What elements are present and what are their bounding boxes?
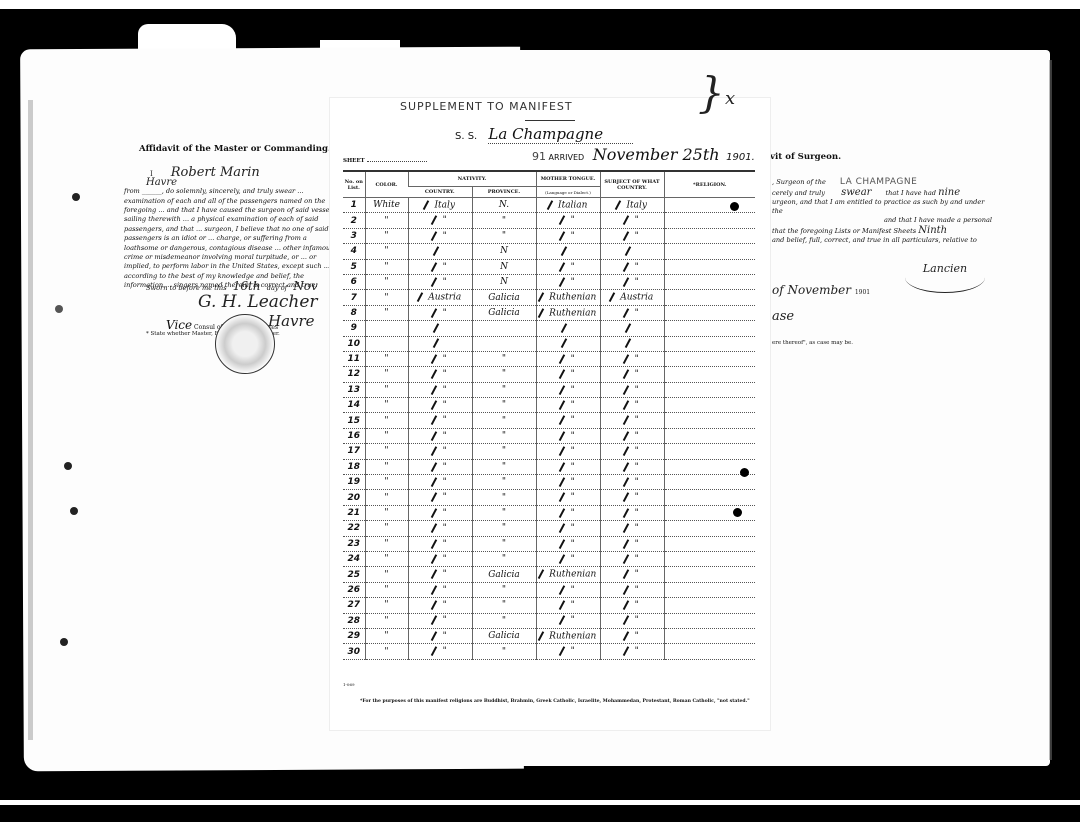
binding-hole-icon bbox=[64, 462, 72, 470]
cell-country: " bbox=[408, 644, 472, 659]
col-subject-of: SUBJECT OF WHAT COUNTRY. bbox=[600, 171, 664, 198]
manifest-table: No. on List. COLOR. NATIVITY. MOTHER TON… bbox=[343, 170, 755, 660]
cell-country bbox=[408, 321, 472, 336]
col-nativity: NATIVITY. bbox=[408, 171, 536, 187]
cell-religion bbox=[664, 367, 755, 382]
cell-country: " bbox=[408, 413, 472, 428]
cell-country: Italy bbox=[408, 198, 472, 213]
cell-religion bbox=[664, 274, 755, 289]
cell-religion bbox=[664, 490, 755, 505]
cell-subject: " bbox=[600, 367, 664, 382]
check-tick-icon bbox=[431, 523, 437, 533]
check-tick-icon bbox=[559, 523, 565, 533]
consular-seal-icon bbox=[215, 314, 275, 374]
check-tick-icon bbox=[559, 400, 565, 410]
table-row: 20""""" bbox=[343, 490, 755, 505]
check-tick-icon bbox=[623, 493, 629, 503]
cell-tongue: " bbox=[536, 551, 600, 566]
table-row: 2""""" bbox=[343, 213, 755, 228]
check-tick-icon bbox=[431, 231, 437, 241]
cell-subject: " bbox=[600, 521, 664, 536]
cell-subject: " bbox=[600, 598, 664, 613]
cell-tongue: " bbox=[536, 613, 600, 628]
check-tick-icon bbox=[431, 308, 437, 318]
cell-province: N bbox=[472, 274, 536, 289]
check-tick-icon bbox=[623, 308, 629, 318]
cell-religion bbox=[664, 598, 755, 613]
cell-subject: " bbox=[600, 613, 664, 628]
cell-religion bbox=[664, 428, 755, 443]
check-tick-icon bbox=[431, 277, 437, 287]
check-tick-icon bbox=[623, 539, 629, 549]
check-tick-icon bbox=[559, 462, 565, 472]
cell-subject: Austria bbox=[600, 290, 664, 305]
check-tick-icon bbox=[623, 585, 629, 595]
check-tick-icon bbox=[623, 462, 629, 472]
cell-country: " bbox=[408, 490, 472, 505]
cell-country: " bbox=[408, 351, 472, 366]
check-tick-icon bbox=[559, 369, 565, 379]
cell-subject: " bbox=[600, 536, 664, 551]
check-tick-icon bbox=[623, 431, 629, 441]
cell-color: " bbox=[365, 613, 408, 628]
sworn-line: Sworn to before me this 16th day of Nov bbox=[146, 279, 318, 293]
cell-tongue: Italian bbox=[536, 198, 600, 213]
cell-subject: " bbox=[600, 567, 664, 582]
divider bbox=[525, 120, 575, 121]
check-tick-icon bbox=[623, 416, 629, 426]
check-tick-icon bbox=[431, 462, 437, 472]
cell-tongue: " bbox=[536, 521, 600, 536]
cell-religion bbox=[664, 413, 755, 428]
cell-tongue: " bbox=[536, 490, 600, 505]
cell-tongue: " bbox=[536, 398, 600, 413]
cell-tongue: " bbox=[536, 259, 600, 274]
cell-religion bbox=[664, 259, 755, 274]
cell-province: " bbox=[472, 536, 536, 551]
scan-border-bottom bbox=[0, 800, 1080, 805]
cell-subject: " bbox=[600, 582, 664, 597]
cell-color: " bbox=[365, 582, 408, 597]
cell-religion bbox=[664, 213, 755, 228]
check-tick-icon bbox=[431, 585, 437, 595]
cell-province: " bbox=[472, 382, 536, 397]
check-tick-icon bbox=[559, 539, 565, 549]
cell-tongue: " bbox=[536, 274, 600, 289]
cell-province: Galicia bbox=[472, 305, 536, 320]
page-edge-right bbox=[1049, 60, 1052, 760]
table-row: 6""N"" bbox=[343, 274, 755, 289]
table-row: 21""""" bbox=[343, 505, 755, 520]
cell-country: " bbox=[408, 598, 472, 613]
cell-province: N bbox=[472, 259, 536, 274]
ship-stamp: LA CHAMPAGNE bbox=[840, 177, 917, 187]
cell-country: " bbox=[408, 213, 472, 228]
check-tick-icon bbox=[625, 339, 631, 349]
cell-subject: " bbox=[600, 490, 664, 505]
check-tick-icon bbox=[623, 231, 629, 241]
surgeon-affidavit-title: vit of Surgeon. bbox=[770, 153, 992, 162]
table-row: 18""""" bbox=[343, 459, 755, 474]
table-row: 8""GaliciaRuthenian" bbox=[343, 305, 755, 320]
check-tick-icon bbox=[623, 446, 629, 456]
cell-religion bbox=[664, 582, 755, 597]
check-tick-icon bbox=[559, 216, 565, 226]
cell-country bbox=[408, 336, 472, 351]
cell-religion bbox=[664, 336, 755, 351]
cell-no: 12 bbox=[343, 367, 365, 382]
cell-country: " bbox=[408, 567, 472, 582]
check-tick-icon bbox=[623, 477, 629, 487]
check-tick-icon bbox=[623, 554, 629, 564]
cell-no: 16 bbox=[343, 428, 365, 443]
cell-color: " bbox=[365, 305, 408, 320]
check-tick-icon bbox=[623, 631, 629, 641]
table-row: 27""""" bbox=[343, 598, 755, 613]
table-row: 7"AustriaGaliciaRuthenianAustria bbox=[343, 290, 755, 305]
table-row: 14""""" bbox=[343, 398, 755, 413]
cell-tongue: Ruthenian bbox=[536, 628, 600, 643]
check-tick-icon bbox=[623, 262, 629, 272]
check-tick-icon bbox=[623, 354, 629, 364]
cell-no: 19 bbox=[343, 475, 365, 490]
cell-province: " bbox=[472, 398, 536, 413]
cell-country: " bbox=[408, 444, 472, 459]
surgeon-affidavit: vit of Surgeon. , Surgeon of theLA CHAMP… bbox=[772, 153, 992, 245]
cell-color: " bbox=[365, 367, 408, 382]
cell-no: 10 bbox=[343, 336, 365, 351]
cell-subject: " bbox=[600, 644, 664, 659]
table-row: 13""""" bbox=[343, 382, 755, 397]
cell-color: " bbox=[365, 213, 408, 228]
cell-province: Galicia bbox=[472, 290, 536, 305]
cell-no: 22 bbox=[343, 521, 365, 536]
check-tick-icon bbox=[559, 431, 565, 441]
cell-subject: " bbox=[600, 351, 664, 366]
cell-color: " bbox=[365, 382, 408, 397]
cell-province: " bbox=[472, 444, 536, 459]
margin-mark: x bbox=[725, 88, 735, 109]
manifest-sheet: SUPPLEMENT TO MANIFEST } x S. S. La Cham… bbox=[330, 98, 770, 730]
table-row: 15""""" bbox=[343, 413, 755, 428]
cell-country bbox=[408, 244, 472, 259]
cell-country: " bbox=[408, 475, 472, 490]
cell-religion bbox=[664, 567, 755, 582]
cell-country: " bbox=[408, 505, 472, 520]
consul-signature: G. H. Leacher bbox=[198, 292, 318, 312]
cell-color: " bbox=[365, 490, 408, 505]
master-name: Robert Marin bbox=[171, 165, 260, 180]
table-row: 10 bbox=[343, 336, 755, 351]
cell-province: " bbox=[472, 367, 536, 382]
cell-subject: " bbox=[600, 274, 664, 289]
cell-religion bbox=[664, 305, 755, 320]
cell-province bbox=[472, 321, 536, 336]
master-affidavit: Affidavit of the Master or Commanding. I… bbox=[130, 145, 340, 291]
cell-religion bbox=[664, 228, 755, 243]
check-tick-icon bbox=[623, 216, 629, 226]
torn-paper-scrap bbox=[138, 24, 236, 50]
table-row: 23""""" bbox=[343, 536, 755, 551]
check-tick-icon bbox=[537, 570, 543, 580]
cell-color: " bbox=[365, 598, 408, 613]
check-tick-icon bbox=[431, 539, 437, 549]
binding-edge bbox=[28, 100, 33, 740]
table-row: 28""""" bbox=[343, 613, 755, 628]
check-tick-icon bbox=[431, 631, 437, 641]
cell-color: " bbox=[365, 475, 408, 490]
cell-no: 24 bbox=[343, 551, 365, 566]
cell-no: 1 bbox=[343, 198, 365, 213]
cell-no: 27 bbox=[343, 598, 365, 613]
cell-color: " bbox=[365, 551, 408, 566]
cell-country: Austria bbox=[408, 290, 472, 305]
surgeon-signature: Lancien bbox=[905, 262, 985, 293]
check-tick-icon bbox=[559, 585, 565, 595]
check-tick-icon bbox=[546, 200, 552, 210]
surgeon-footnote: ere thereof", as case may be. bbox=[772, 340, 853, 346]
check-tick-icon bbox=[433, 246, 439, 256]
cell-province: Galicia bbox=[472, 567, 536, 582]
cell-country: " bbox=[408, 228, 472, 243]
table-row: 9 bbox=[343, 321, 755, 336]
cell-tongue: " bbox=[536, 444, 600, 459]
arrival-line: 91 ARRIVED November 25th 1901. bbox=[532, 145, 755, 164]
cell-province: " bbox=[472, 413, 536, 428]
cell-no: 28 bbox=[343, 613, 365, 628]
cell-province: N. bbox=[472, 198, 536, 213]
check-tick-icon bbox=[623, 400, 629, 410]
cell-tongue: Ruthenian bbox=[536, 305, 600, 320]
col-color: COLOR. bbox=[365, 171, 408, 198]
cell-religion bbox=[664, 351, 755, 366]
cell-tongue: " bbox=[536, 536, 600, 551]
cell-country: " bbox=[408, 428, 472, 443]
cell-no: 18 bbox=[343, 459, 365, 474]
cell-no: 4 bbox=[343, 244, 365, 259]
check-tick-icon bbox=[623, 369, 629, 379]
cell-subject bbox=[600, 321, 664, 336]
check-tick-icon bbox=[623, 570, 629, 580]
cell-tongue: " bbox=[536, 475, 600, 490]
cell-color bbox=[365, 321, 408, 336]
cell-no: 13 bbox=[343, 382, 365, 397]
cell-subject: " bbox=[600, 459, 664, 474]
cell-province: " bbox=[472, 521, 536, 536]
check-tick-icon bbox=[431, 354, 437, 364]
manifest-title: SUPPLEMENT TO MANIFEST bbox=[400, 100, 573, 113]
cell-no: 15 bbox=[343, 413, 365, 428]
cell-tongue: " bbox=[536, 582, 600, 597]
cell-color: " bbox=[365, 244, 408, 259]
cell-no: 9 bbox=[343, 321, 365, 336]
cell-religion bbox=[664, 398, 755, 413]
cell-country: " bbox=[408, 382, 472, 397]
cell-subject: " bbox=[600, 398, 664, 413]
check-tick-icon bbox=[431, 600, 437, 610]
cell-subject: " bbox=[600, 413, 664, 428]
cell-tongue bbox=[536, 321, 600, 336]
table-row: 26""""" bbox=[343, 582, 755, 597]
table-row: 12""""" bbox=[343, 367, 755, 382]
cell-color: " bbox=[365, 444, 408, 459]
cell-color: " bbox=[365, 459, 408, 474]
consul-prefix: Vice bbox=[166, 318, 192, 332]
cell-religion bbox=[664, 536, 755, 551]
check-tick-icon bbox=[431, 369, 437, 379]
check-tick-icon bbox=[537, 631, 543, 641]
cell-tongue: " bbox=[536, 459, 600, 474]
col-province: PROVINCE. bbox=[472, 187, 536, 198]
check-tick-icon bbox=[559, 416, 565, 426]
check-tick-icon bbox=[431, 431, 437, 441]
cell-color: " bbox=[365, 628, 408, 643]
table-row: 17""""" bbox=[343, 444, 755, 459]
cell-subject bbox=[600, 336, 664, 351]
consul-place: Havre bbox=[268, 312, 315, 330]
sheet-number: 91 bbox=[532, 150, 546, 163]
cell-tongue: " bbox=[536, 228, 600, 243]
cell-country: " bbox=[408, 613, 472, 628]
cell-color: " bbox=[365, 428, 408, 443]
arrival-date: November 25th bbox=[593, 145, 720, 164]
cell-no: 6 bbox=[343, 274, 365, 289]
check-tick-icon bbox=[559, 477, 565, 487]
check-tick-icon bbox=[559, 231, 565, 241]
ink-blot bbox=[730, 202, 739, 211]
cell-province: " bbox=[472, 644, 536, 659]
check-tick-icon bbox=[431, 416, 437, 426]
check-tick-icon bbox=[431, 262, 437, 272]
ink-blot bbox=[733, 508, 742, 517]
cell-no: 17 bbox=[343, 444, 365, 459]
check-tick-icon bbox=[623, 523, 629, 533]
col-mother-tongue-sub: (Language or Dialect.) bbox=[536, 187, 600, 198]
cell-province: " bbox=[472, 459, 536, 474]
check-tick-icon bbox=[431, 216, 437, 226]
cell-religion bbox=[664, 321, 755, 336]
sworn-month: Nov bbox=[293, 279, 318, 293]
cell-country: " bbox=[408, 536, 472, 551]
check-tick-icon bbox=[608, 293, 614, 303]
cell-country: " bbox=[408, 259, 472, 274]
table-row: 1WhiteItalyN.ItalianItaly bbox=[343, 198, 755, 213]
cell-tongue: " bbox=[536, 367, 600, 382]
cell-tongue: " bbox=[536, 598, 600, 613]
binding-hole-icon bbox=[72, 193, 80, 201]
cell-province: " bbox=[472, 490, 536, 505]
check-tick-icon bbox=[431, 446, 437, 456]
cell-tongue: " bbox=[536, 351, 600, 366]
check-tick-icon bbox=[559, 600, 565, 610]
table-row: 24""""" bbox=[343, 551, 755, 566]
check-tick-icon bbox=[561, 339, 567, 349]
cell-color: " bbox=[365, 521, 408, 536]
table-row: 5""N"" bbox=[343, 259, 755, 274]
cell-subject: Italy bbox=[600, 198, 664, 213]
cell-color: " bbox=[365, 567, 408, 582]
check-tick-icon bbox=[623, 616, 629, 626]
cell-no: 30 bbox=[343, 644, 365, 659]
cell-subject: " bbox=[600, 444, 664, 459]
col-country: COUNTRY. bbox=[408, 187, 472, 198]
cell-province: " bbox=[472, 428, 536, 443]
cell-no: 29 bbox=[343, 628, 365, 643]
cell-subject: " bbox=[600, 505, 664, 520]
cell-color: " bbox=[365, 536, 408, 551]
table-row: 4"N bbox=[343, 244, 755, 259]
table-row: 3""""" bbox=[343, 228, 755, 243]
master-affidavit-title: Affidavit of the Master or Commanding. bbox=[130, 145, 340, 154]
cell-religion bbox=[664, 521, 755, 536]
brace-mark: } bbox=[698, 68, 725, 117]
scan-border-top bbox=[0, 0, 1080, 9]
binding-hole-icon bbox=[55, 305, 63, 313]
cell-religion bbox=[664, 198, 755, 213]
cell-tongue bbox=[536, 244, 600, 259]
table-row: 25""GaliciaRuthenian" bbox=[343, 567, 755, 582]
cell-no: 11 bbox=[343, 351, 365, 366]
ship-name: La Champagne bbox=[488, 125, 633, 144]
cell-province: N bbox=[472, 244, 536, 259]
ship-line: S. S. La Champagne bbox=[455, 125, 633, 143]
check-tick-icon bbox=[559, 508, 565, 518]
cell-color: " bbox=[365, 351, 408, 366]
cell-color bbox=[365, 336, 408, 351]
cell-color: " bbox=[365, 644, 408, 659]
cell-country: " bbox=[408, 582, 472, 597]
cell-province: " bbox=[472, 551, 536, 566]
check-tick-icon bbox=[623, 277, 629, 287]
col-no: No. on List. bbox=[343, 171, 365, 198]
cell-color: " bbox=[365, 274, 408, 289]
cell-province: " bbox=[472, 228, 536, 243]
check-tick-icon bbox=[559, 646, 565, 656]
col-mother-tongue: MOTHER TONGUE. bbox=[536, 171, 600, 187]
check-tick-icon bbox=[625, 246, 631, 256]
cell-tongue bbox=[536, 336, 600, 351]
check-tick-icon bbox=[431, 554, 437, 564]
cell-religion bbox=[664, 382, 755, 397]
cell-subject: " bbox=[600, 213, 664, 228]
check-tick-icon bbox=[537, 308, 543, 318]
check-tick-icon bbox=[623, 600, 629, 610]
cell-province: Galicia bbox=[472, 628, 536, 643]
check-tick-icon bbox=[431, 646, 437, 656]
check-tick-icon bbox=[431, 616, 437, 626]
sworn-day: 16th bbox=[233, 279, 261, 293]
cell-country: " bbox=[408, 398, 472, 413]
cell-subject: " bbox=[600, 259, 664, 274]
cell-religion bbox=[664, 628, 755, 643]
arrival-year: 1901. bbox=[726, 152, 755, 163]
check-tick-icon bbox=[561, 246, 567, 256]
cell-province: " bbox=[472, 475, 536, 490]
cell-province: " bbox=[472, 505, 536, 520]
cell-country: " bbox=[408, 551, 472, 566]
table-row: 29""GaliciaRuthenian" bbox=[343, 628, 755, 643]
check-tick-icon bbox=[431, 570, 437, 580]
check-tick-icon bbox=[559, 385, 565, 395]
cell-religion bbox=[664, 444, 755, 459]
cell-no: 14 bbox=[343, 398, 365, 413]
religion-footnote: *For the purposes of this manifest relig… bbox=[360, 699, 750, 704]
cell-tongue: " bbox=[536, 213, 600, 228]
table-row: 22""""" bbox=[343, 521, 755, 536]
check-tick-icon bbox=[623, 646, 629, 656]
cell-color: " bbox=[365, 413, 408, 428]
check-tick-icon bbox=[423, 200, 429, 210]
